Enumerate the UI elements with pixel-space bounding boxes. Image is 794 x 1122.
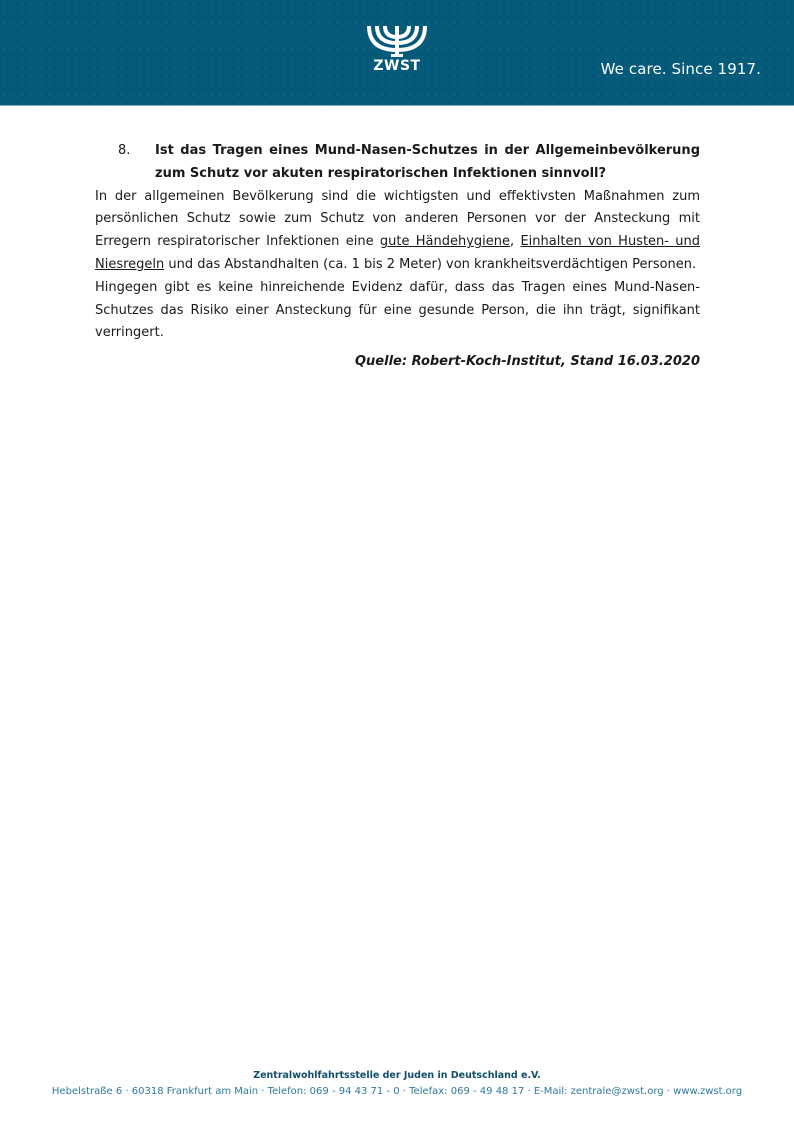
zwst-logo: ZWST xyxy=(365,24,429,78)
answer-text-separator: , xyxy=(510,234,520,249)
page-header: ZWST We care. Since 1917. xyxy=(0,0,794,106)
answer-paragraph-1: In der allgemeinen Bevölkerung sind die … xyxy=(95,186,700,277)
footer-address: Hebelstraße 6 · 60318 Frankfurt am Main … xyxy=(0,1086,794,1097)
answer-text-outro: und das Abstandhalten (ca. 1 bis 2 Meter… xyxy=(164,257,696,272)
link-haendehygiene[interactable]: gute Händehygiene xyxy=(380,234,510,249)
document-body: 8. Ist das Tragen eines Mund-Nasen-Schut… xyxy=(95,140,700,345)
tagline: We care. Since 1917. xyxy=(601,60,761,78)
answer-paragraph-2: Hingegen gibt es keine hinreichende Evid… xyxy=(95,277,700,345)
menorah-icon xyxy=(365,24,429,58)
footer-organization: Zentralwohlfahrtsstelle der Juden in Deu… xyxy=(0,1070,794,1081)
source-citation: Quelle: Robert-Koch-Institut, Stand 16.0… xyxy=(95,354,700,369)
logo-text: ZWST xyxy=(365,58,429,74)
question-heading: 8. Ist das Tragen eines Mund-Nasen-Schut… xyxy=(95,140,700,186)
question-text: Ist das Tragen eines Mund-Nasen-Schutzes… xyxy=(155,140,700,186)
question-number: 8. xyxy=(95,140,155,186)
